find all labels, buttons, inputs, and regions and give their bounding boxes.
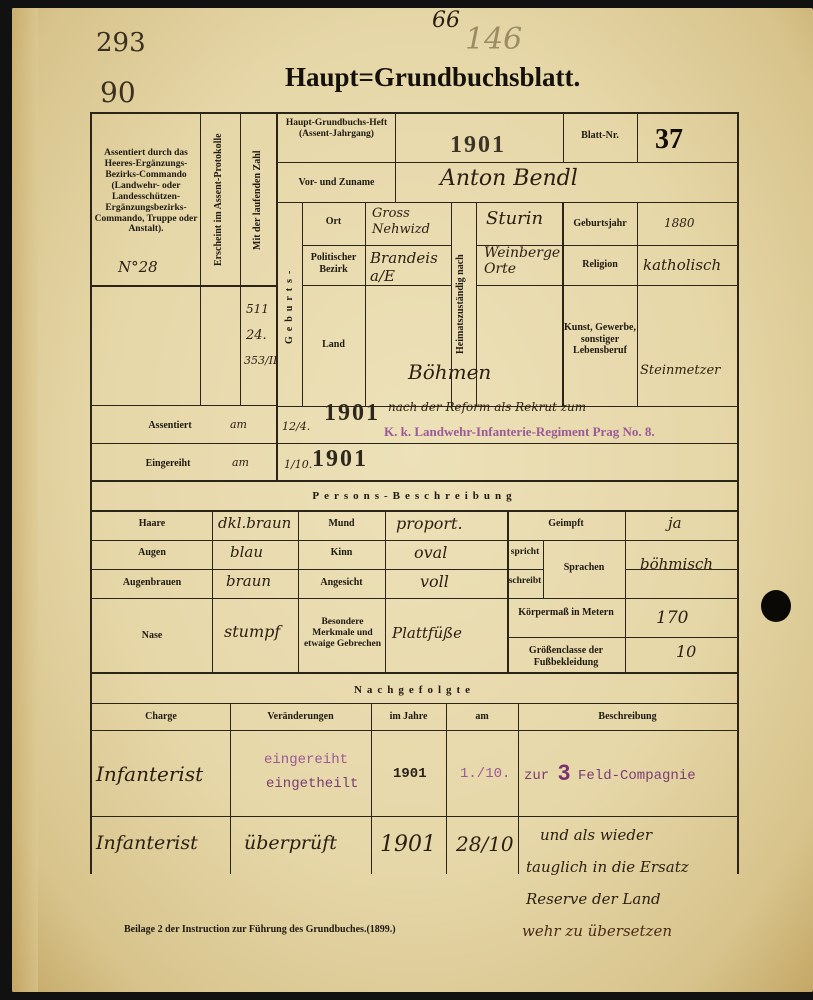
description-title: Persons-Beschreibung [92, 490, 737, 503]
bezirk-value: Brandeis a/E [370, 249, 452, 285]
koerpermass-value: 170 [656, 608, 688, 628]
augen-label: Augen [92, 547, 212, 559]
row1-charge: Infanterist [96, 762, 203, 786]
assentiert-date: 12/4. [282, 420, 310, 433]
nachgefolgte-title: Nachgefolgte [92, 684, 737, 697]
row2-charge: Infanterist [96, 832, 198, 854]
pencil-number-2: 146 [465, 22, 522, 57]
fuss-value: 10 [676, 642, 696, 661]
kinn-value: oval [414, 543, 447, 562]
bezirk-label: Politischer Bezirk [302, 252, 365, 275]
row1-jahr: 1901 [393, 766, 427, 782]
eingereiht-label: Eingereiht [128, 458, 208, 470]
spricht-label: spricht [507, 547, 543, 558]
heft-label: Haupt-Grundbuchs-Heft (Assent-Jahrgang) [278, 118, 395, 140]
erscheint-label: Erscheint im Assent-Protokolle [213, 120, 224, 280]
haare-label: Haare [92, 518, 212, 530]
geimpft-value: ja [668, 514, 682, 532]
row1-veraenderung-2: eingetheilt [266, 776, 358, 792]
heimat-ort-value: Sturin [486, 208, 543, 229]
beruf-label: Kunst, Gewerbe, sonstiger Lebensberuf [563, 322, 637, 357]
angesicht-value: voll [420, 572, 449, 591]
col-am: am [446, 711, 518, 723]
row2-beschreibung-line-1: und als wieder [540, 826, 652, 844]
row2-am: 28/10 [456, 832, 514, 856]
col-charge: Charge [92, 711, 230, 723]
blatt-value: 37 [655, 124, 683, 156]
religion-value: katholisch [643, 256, 721, 274]
schreibt-label: schreibt [507, 576, 543, 587]
merkmale-value: Plattfüße [392, 624, 462, 642]
nase-value: stumpf [224, 622, 280, 641]
page-title: Haupt=Grundbuchsblatt. [285, 62, 580, 93]
merkmale-label: Besondere Merkmale und etwaige Gebrechen [300, 617, 385, 650]
row2-veraenderung: überprüft [244, 832, 337, 854]
land-label: Land [302, 339, 365, 351]
mund-value: proport. [396, 514, 463, 533]
nase-label: Nase [92, 630, 212, 642]
ort-label: Ort [302, 216, 365, 228]
footer-note: Beilage 2 der Instruction zur Führung de… [124, 924, 396, 935]
geburtsjahr-value: 1880 [664, 216, 695, 230]
fuss-label: Größenclasse der Fußbekleidung [507, 645, 625, 668]
geimpft-label: Geimpft [507, 518, 625, 530]
laufende-zahl-1: 511 [246, 302, 269, 316]
haare-value: dkl.braun [218, 514, 291, 532]
laufende-zahl-label: Mit der laufenden Zahl [252, 120, 263, 280]
eingereiht-date: 1/10. [284, 458, 312, 471]
geburts-label: Geburts- [284, 260, 295, 350]
land-value: Böhmen [408, 360, 491, 384]
row2-jahr: 1901 [380, 832, 436, 857]
regiment-stamp: K. k. Landwehr-Infanterie-Regiment Prag … [384, 424, 655, 440]
name-value: Anton Bendl [440, 166, 578, 191]
eingereiht-am: am [232, 456, 249, 469]
corner-number-2: 90 [100, 76, 136, 109]
sprachen-label: Sprachen [543, 562, 625, 574]
row1-beschreibung-num: 3 [558, 760, 570, 786]
punch-hole [761, 590, 791, 622]
blatt-label: Blatt-Nr. [563, 130, 637, 142]
sprachen-value: böhmisch [640, 555, 713, 573]
laufende-zahl-2: 24. [246, 328, 267, 343]
name-label: Vor- und Zuname [278, 177, 395, 189]
geburtsjahr-label: Geburtsjahr [563, 218, 637, 230]
mund-label: Mund [298, 518, 385, 530]
eingereiht-year: 1901 [312, 446, 368, 473]
assentiert-label: Assentiert [130, 420, 210, 432]
paper-edge [12, 8, 38, 992]
heimat-bezirk-value: Weinberge Orte [484, 245, 562, 277]
brauen-value: braun [226, 572, 271, 590]
assentiert-durch-value: N°28 [118, 258, 158, 276]
assentiert-note: nach der Reform als Rekrut zum [388, 400, 586, 414]
koerpermass-label: Körpermaß in Metern [507, 607, 625, 619]
row1-beschreibung-prefix: zur [524, 768, 549, 784]
angesicht-label: Angesicht [298, 577, 385, 589]
laufende-zahl-3: 353/II [244, 354, 277, 367]
heimat-label: Heimatszuständig nach [455, 206, 466, 402]
kinn-label: Kinn [298, 547, 385, 559]
ort-value: Gross Nehwizd [372, 206, 452, 237]
beruf-value: Steinmetzer [640, 363, 720, 378]
row2-beschreibung-line-4: wehr zu übersetzen [522, 922, 672, 940]
row2-beschreibung-line-2: tauglich in die Ersatz [526, 858, 689, 876]
corner-number-1: 293 [96, 28, 146, 58]
brauen-label: Augenbrauen [92, 577, 212, 589]
pencil-number-1: 66 [432, 8, 460, 33]
col-jahr: im Jahre [371, 711, 446, 723]
assentiert-durch-label: Assentiert durch das Heeres-Ergänzungs-B… [92, 148, 200, 235]
row1-beschreibung-suffix: Feld-Compagnie [578, 768, 696, 784]
row1-veraenderung-1: eingereiht [264, 752, 348, 768]
col-beschreibung: Beschreibung [518, 711, 737, 723]
assentiert-am: am [230, 418, 247, 431]
row2-beschreibung-line-3: Reserve der Land [526, 890, 661, 908]
assentiert-year: 1901 [324, 400, 380, 427]
row1-am: 1./10. [460, 766, 510, 782]
col-veraenderungen: Veränderungen [230, 711, 371, 723]
augen-value: blau [230, 543, 263, 561]
heft-value: 1901 [450, 132, 506, 159]
religion-label: Religion [563, 259, 637, 271]
